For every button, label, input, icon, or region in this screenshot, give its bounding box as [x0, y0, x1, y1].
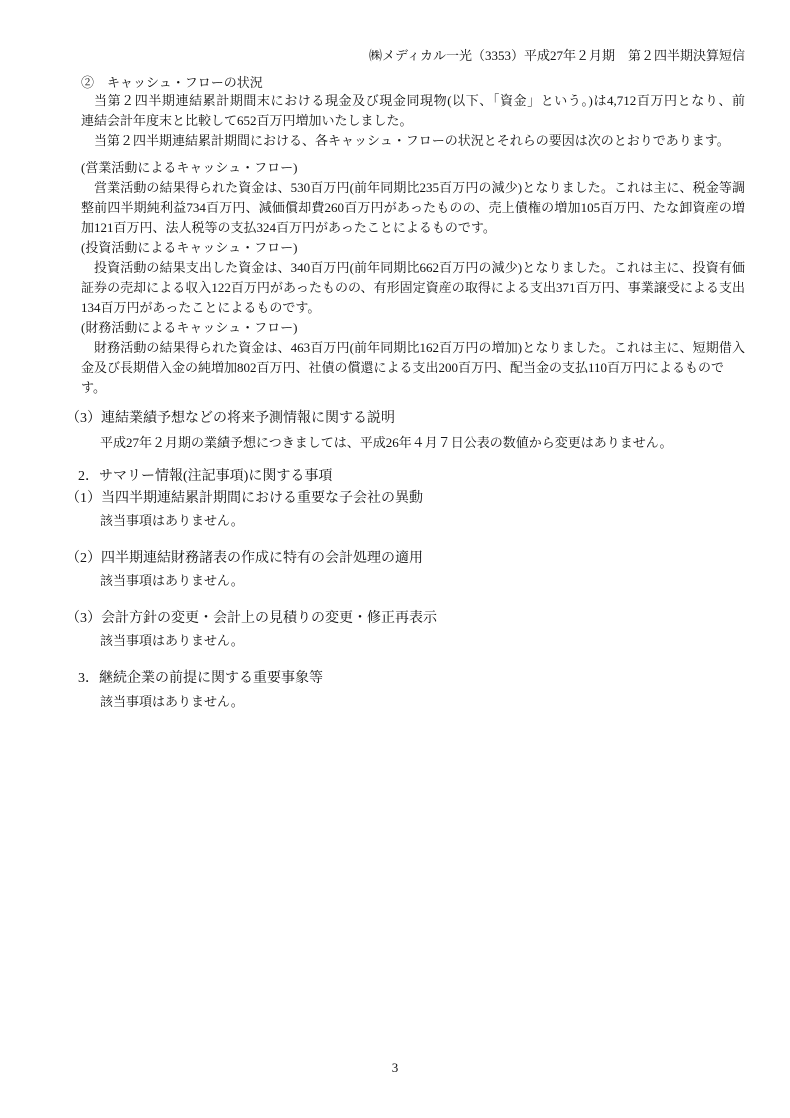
financing-cf-label: (財務活動によるキャッシュ・フロー)	[81, 318, 297, 338]
operating-cf-line: 加121百万円、法人税等の支払324百万円があったことによるものです。	[81, 218, 745, 238]
financing-cf-line: す。	[81, 378, 745, 398]
page-number: 3	[0, 1060, 790, 1076]
summary-item2-heading: （2）四半期連結財務諸表の作成に特有の会計処理の適用	[66, 549, 423, 569]
summary-item3-heading: （3）会計方針の変更・会計上の見積りの変更・修正再表示	[66, 609, 437, 629]
cash-flow-heading: ② キャッシュ・フローの状況	[81, 73, 263, 93]
summary-item1-heading: （1）当四半期連結累計期間における重要な子会社の異動	[66, 489, 423, 509]
page-header: ㈱メディカル一光（3353）平成27年２月期 第２四半期決算短信	[0, 48, 745, 64]
summary-item1-body: 該当事項はありません。	[100, 511, 244, 531]
summary-heading: 2．サマリー情報(注記事項)に関する事項	[78, 467, 332, 487]
financing-cf-line: 財務活動の結果得られた資金は、463百万円(前年同期比162百万円の増加)となり…	[81, 338, 745, 358]
forecast-heading: （3）連結業績予想などの将来予測情報に関する説明	[66, 409, 395, 429]
operating-cf-line: 営業活動の結果得られた資金は、530百万円(前年同期比235百万円の減少)となり…	[81, 178, 745, 198]
investing-cf-line: 134百万円があったことによるものです。	[81, 298, 745, 318]
cash-flow-intro-line: 連結会計年度末と比較して652百万円増加いたしました。	[81, 111, 745, 131]
investing-cf-line: 証券の売却による収入122百万円があったものの、有形固定資産の取得による支出37…	[81, 278, 745, 298]
document-page: ㈱メディカル一光（3353）平成27年２月期 第２四半期決算短信 ② キャッシュ…	[0, 0, 790, 1118]
cash-flow-intro-line: 当第２四半期連結累計期間末における現金及び現金同現物(以下、「資金」という。)は…	[81, 91, 745, 111]
investing-cf-label: (投資活動によるキャッシュ・フロー)	[81, 238, 297, 258]
operating-cf-label: (営業活動によるキャッシュ・フロー)	[81, 158, 297, 178]
summary-item2-body: 該当事項はありません。	[100, 571, 244, 591]
going-concern-body: 該当事項はありません。	[100, 692, 244, 712]
going-concern-heading: 3．継続企業の前提に関する重要事象等	[78, 669, 323, 689]
forecast-body: 平成27年２月期の業績予想につきましては、平成26年４月７日公表の数値から変更は…	[100, 433, 673, 453]
financing-cf-line: 金及び長期借入金の純増加802百万円、社債の償還による支出200百万円、配当金の…	[81, 358, 745, 378]
cash-flow-intro-line: 当第２四半期連結累計期間における、各キャッシュ・フローの状況とそれらの要因は次の…	[81, 131, 745, 151]
investing-cf-line: 投資活動の結果支出した資金は、340百万円(前年同期比662百万円の減少)となり…	[81, 258, 745, 278]
summary-item3-body: 該当事項はありません。	[100, 631, 244, 651]
operating-cf-line: 整前四半期純利益734百万円、減価償却費260百万円があったものの、売上債権の増…	[81, 198, 745, 218]
